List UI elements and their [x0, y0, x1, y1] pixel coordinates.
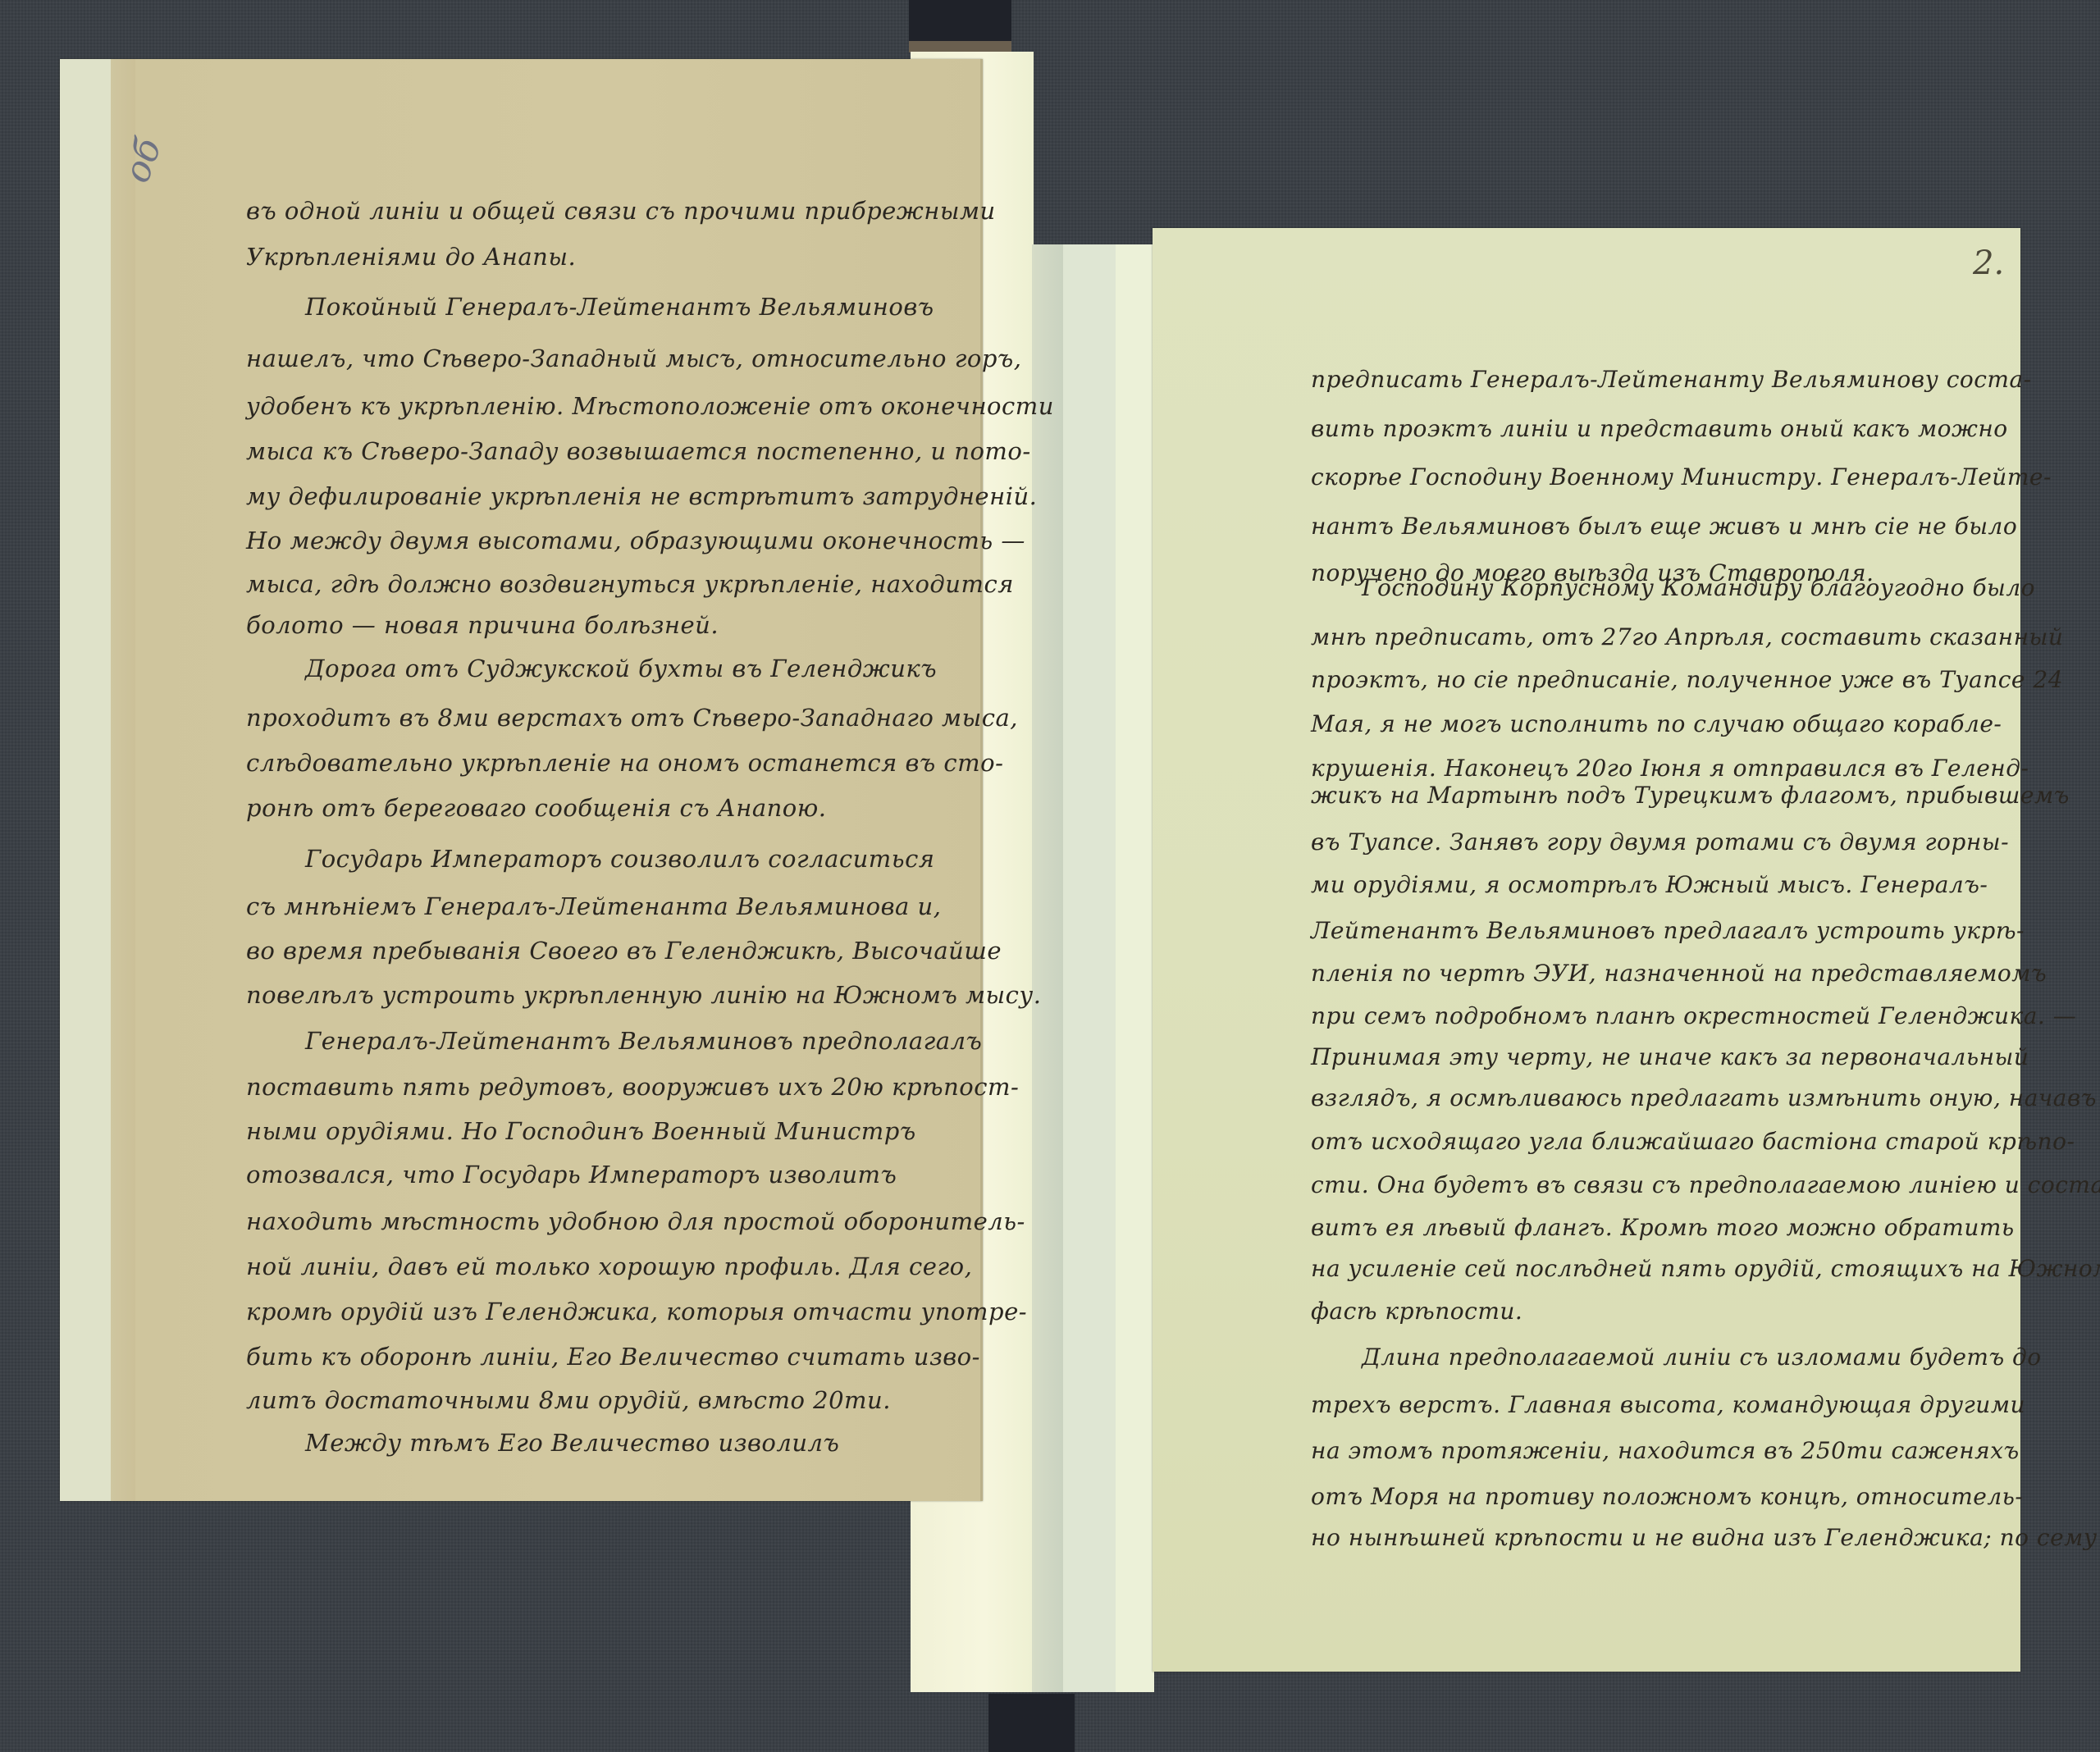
- margin-pencil-mark: об: [116, 133, 170, 189]
- binding-shadow-top: [909, 0, 1011, 43]
- guard-strip-light: [1116, 244, 1154, 1692]
- guard-strip-fold: [1032, 244, 1065, 1692]
- left-page: об: [60, 59, 983, 1501]
- text-line: литъ достаточными 8ми орудій, вмѣсто 20т…: [246, 1386, 891, 1414]
- text-line: крушенія. Наконецъ 20го Іюня я отправилс…: [1311, 755, 2029, 782]
- text-line: находить мѣстность удобною для простой о…: [246, 1207, 1025, 1235]
- text-line: предписать Генералъ-Лейтенанту Вельямино…: [1311, 366, 2032, 393]
- left-page-margin-strip: [60, 59, 111, 1501]
- text-line: Между тѣмъ Его Величество изволилъ: [305, 1429, 839, 1457]
- text-line: болото — новая причина болѣзней.: [246, 611, 719, 639]
- text-line: Лейтенантъ Вельяминовъ предлагалъ устрои…: [1311, 917, 2025, 944]
- text-line: проходитъ въ 8ми верстахъ отъ Сѣверо-Зап…: [246, 704, 1018, 732]
- left-page-right-strip: [980, 59, 983, 1501]
- text-line: ными орудіями. Но Господинъ Военный Мини…: [246, 1117, 916, 1145]
- text-line: отъ Моря на противу положномъ концѣ, отн…: [1311, 1483, 2023, 1510]
- text-line: въ одной линіи и общей связи съ прочими …: [246, 197, 996, 225]
- text-line: при семъ подробномъ планѣ окрестностей Г…: [1311, 1002, 2076, 1029]
- text-line: удобенъ къ укрѣпленію. Мѣстоположеніе от…: [246, 392, 1054, 420]
- binding-edge-top: [909, 41, 1011, 52]
- text-line: кромѣ орудій изъ Геленджика, которыя отч…: [246, 1298, 1027, 1325]
- guard-strip-pale: [1063, 244, 1117, 1692]
- text-line: но нынѣшней крѣпости и не видна изъ Геле…: [1311, 1524, 2098, 1551]
- text-line: нантъ Вельяминовъ былъ еще живъ и мнѣ сі…: [1311, 513, 2017, 540]
- text-line: слѣдовательно укрѣпленіе на ономъ остане…: [246, 749, 1003, 777]
- text-line: пленія по чертѣ ЭУИ, назначенной на пред…: [1311, 960, 2047, 987]
- text-line: взглядъ, я осмѣливаюсь предлагать измѣни…: [1311, 1084, 2097, 1111]
- text-line: витъ ея лѣвый флангъ. Кромѣ того можно о…: [1311, 1214, 2015, 1241]
- page-number: 2.: [1973, 244, 2004, 282]
- text-line: проэктъ, но сіе предписаніе, полученное …: [1311, 666, 2063, 693]
- text-line: Господину Корпусному Командиру благоугод…: [1362, 574, 2035, 601]
- text-line: поставить пять редутовъ, вооруживъ ихъ 2…: [246, 1073, 1019, 1101]
- text-line: ронѣ отъ береговаго сообщенія съ Анапою.: [246, 794, 827, 822]
- text-line: въ Туапсе. Занявъ гору двумя ротами съ д…: [1311, 828, 2009, 855]
- text-line: отъ исходящаго угла ближайшаго бастіона …: [1311, 1128, 2075, 1155]
- text-line: фасѣ крѣпости.: [1311, 1298, 1522, 1325]
- text-line: мнѣ предписать, отъ 27го Апрѣля, состави…: [1311, 623, 2063, 650]
- text-line: нашелъ, что Сѣверо-Западный мысъ, относи…: [246, 344, 1021, 372]
- text-line: му дефилированіе укрѣпленія не встрѣтитъ…: [246, 482, 1037, 510]
- text-line: во время пребыванія Своего въ Геленджикѣ…: [246, 937, 1002, 965]
- text-line: вить проэктъ линіи и представить оный ка…: [1311, 415, 2008, 442]
- text-line: отозвался, что Государь Императоръ извол…: [246, 1161, 897, 1189]
- text-line: Но между двумя высотами, образующими око…: [246, 527, 1025, 554]
- text-line: трехъ верстъ. Главная высота, командующа…: [1311, 1391, 2025, 1418]
- text-line: мыса къ Сѣверо-Западу возвышается постеп…: [246, 437, 1031, 465]
- text-line: жикъ на Мартынѣ подъ Турецкимъ флагомъ, …: [1311, 782, 2070, 809]
- text-line: ной линіи, давъ ей только хорошую профил…: [246, 1252, 972, 1280]
- text-line: повелѣлъ устроить укрѣпленную линію на Ю…: [246, 981, 1041, 1009]
- binding-shadow-bottom: [988, 1694, 1075, 1752]
- text-line: Принимая эту черту, не иначе какъ за пер…: [1311, 1043, 2029, 1070]
- text-line: Генералъ-Лейтенантъ Вельяминовъ предпола…: [305, 1027, 982, 1055]
- text-line: на усиленіе сей послѣдней пять орудій, с…: [1311, 1255, 2100, 1282]
- text-line: съ мнѣніемъ Генералъ-Лейтенанта Вельямин…: [246, 892, 941, 920]
- text-line: на этомъ протяженіи, находится въ 250ти …: [1311, 1437, 2020, 1464]
- text-line: Дорога отъ Суджукской бухты въ Геленджик…: [305, 655, 937, 682]
- text-line: ми орудіями, я осмотрѣлъ Южный мысъ. Ген…: [1311, 871, 1988, 898]
- text-line: скорѣе Господину Военному Министру. Гене…: [1311, 463, 2052, 490]
- text-line: Укрѣпленіями до Анапы.: [246, 243, 576, 271]
- text-line: сти. Она будетъ въ связи съ предполагаем…: [1311, 1171, 2100, 1198]
- text-line: Мая, я не могъ исполнить по случаю общаг…: [1311, 710, 2002, 737]
- text-line: Государь Императоръ соизволилъ согласить…: [305, 845, 935, 873]
- text-line: бить къ оборонѣ линіи, Его Величество сч…: [246, 1343, 980, 1371]
- text-line: Покойный Генералъ-Лейтенантъ Вельяминовъ: [305, 293, 934, 321]
- text-line: мыса, гдѣ должно воздвигнуться укрѣплені…: [246, 570, 1014, 598]
- text-line: Длина предполагаемой линіи съ изломами б…: [1362, 1344, 2042, 1371]
